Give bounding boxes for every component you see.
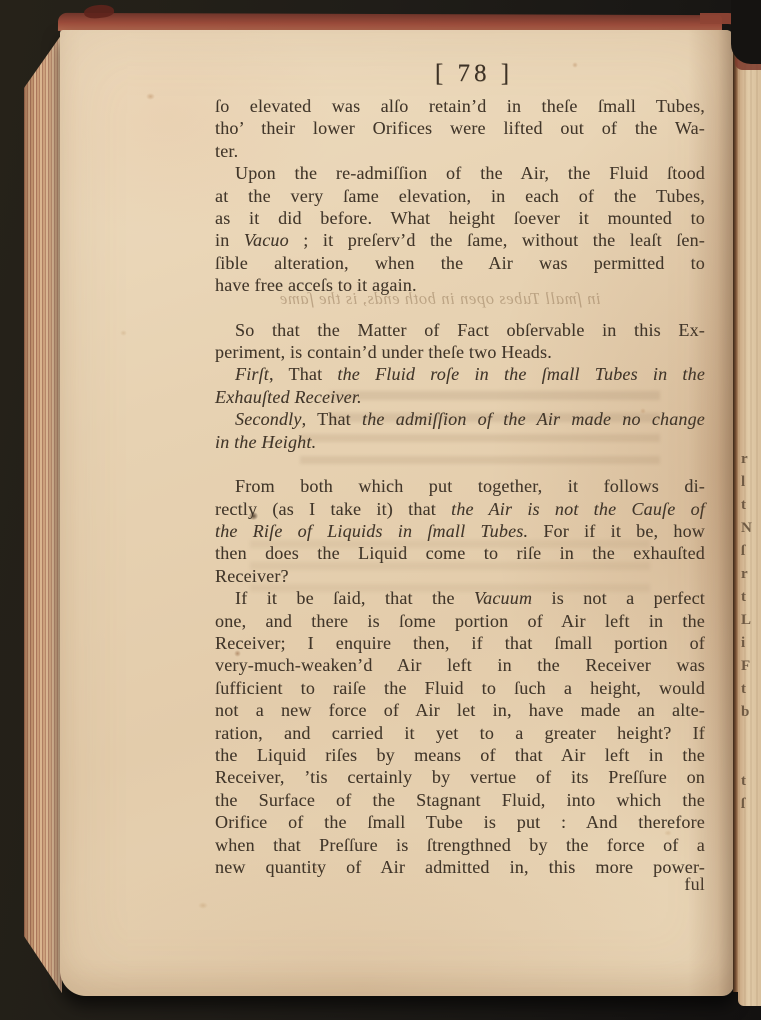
catchword: ful	[215, 874, 705, 895]
text-segment: the admiſſion of the Air made no change	[362, 409, 705, 429]
paragraph: ſo elevated was alſo retain’d in theſe ſ…	[215, 95, 705, 162]
letter-fragment: t	[741, 770, 759, 793]
next-page-letter-fragments: rltNſrtLiFtbtſ	[741, 448, 759, 816]
letter-fragment: F	[741, 655, 759, 678]
text-line: ſo elevated was alſo retain’d in theſe ſ…	[215, 95, 705, 117]
paragraph: So that the Matter of Fact obſervable in…	[215, 319, 705, 364]
text-line: ſufficient to raiſe the Fluid to ſuch a …	[215, 677, 705, 699]
letter-fragment: l	[741, 471, 759, 494]
text-segment: From both which put together, it follows…	[235, 476, 705, 496]
text-line: From both which put together, it follows…	[215, 475, 705, 497]
letter-fragment: b	[741, 701, 759, 724]
book-fore-edge-stack	[24, 30, 62, 996]
text-line: in the Height.	[215, 431, 705, 453]
text-line: tho’ their lower Orifices were lifted ou…	[215, 117, 705, 139]
text-segment: ſible alteration, when the Air was permi…	[215, 253, 705, 273]
text-segment: Orifice of the ſmall Tube is put : And t…	[215, 812, 705, 832]
letter-fragment: ſ	[741, 793, 759, 816]
text-segment: , That	[269, 364, 337, 384]
letter-fragment: r	[741, 448, 759, 471]
text-segment: Vacuum	[474, 588, 532, 608]
text-line: one, and there is ſome portion of Air le…	[215, 610, 705, 632]
text-segment: rectly (as I take it) that	[215, 499, 451, 519]
corner-shadow	[731, 0, 761, 64]
text-line: Exhauſted Receiver.	[215, 386, 705, 408]
text-segment: Firſt	[235, 364, 269, 384]
text-line: at the very ſame elevation, in each of t…	[215, 185, 705, 207]
text-line: Receiver?	[215, 565, 705, 587]
text-line: ration, and carried it yet to a greater …	[215, 722, 705, 744]
text-line: the Surface of the Stagnant Fluid, into …	[215, 789, 705, 811]
text-segment: ſufficient to raiſe the Fluid to ſuch a …	[215, 678, 705, 698]
letter-fragment: t	[741, 494, 759, 517]
text-segment: tho’ their lower Orifices were lifted ou…	[215, 118, 705, 138]
letter-fragment: t	[741, 678, 759, 701]
page-number: [ 78 ]	[229, 60, 719, 88]
text-line: the Liquid riſes by means of that Air le…	[215, 744, 705, 766]
text-segment: Upon the re-admiſſion of the Air, the Fl…	[235, 163, 705, 183]
text-segment: the Riſe of Liquids in ſmall Tubes.	[215, 521, 528, 541]
text-segment: the Liquid riſes by means of that Air le…	[215, 745, 705, 765]
paragraph: Firſt, That the Fluid roſe in the ſmall …	[215, 363, 705, 408]
text-segment: then does the Liquid come to riſe in the…	[215, 543, 705, 563]
letter-fragment: ſ	[741, 540, 759, 563]
letter-fragment: r	[741, 563, 759, 586]
text-segment: the Air is not the Cauſe of	[451, 499, 705, 519]
text-segment: is not a perfect	[532, 588, 705, 608]
text-segment: Receiver, ’tis certainly by vertue of it…	[215, 767, 705, 787]
text-segment: Secondly	[235, 409, 302, 429]
letter-fragment: N	[741, 517, 759, 540]
text-line: when that Preſſure is ſtrengthned by the…	[215, 834, 705, 856]
paragraph: Secondly, That the admiſſion of the Air …	[215, 408, 705, 453]
text-line: periment, is contain’d under theſe two H…	[215, 341, 705, 363]
text-line: in Vacuo ; it preſerv’d the ſame, withou…	[215, 229, 705, 251]
text-line: Orifice of the ſmall Tube is put : And t…	[215, 811, 705, 833]
text-segment: ſo elevated was alſo retain’d in theſe ſ…	[215, 96, 705, 116]
text-segment: at the very ſame elevation, in each of t…	[215, 186, 705, 206]
page-text: ſo elevated was alſo retain’d in theſe ſ…	[215, 95, 705, 878]
text-line: the Riſe of Liquids in ſmall Tubes. For …	[215, 520, 705, 542]
text-segment: If it be ſaid, that the	[235, 588, 474, 608]
text-line: Upon the re-admiſſion of the Air, the Fl…	[215, 162, 705, 184]
text-line: Firſt, That the Fluid roſe in the ſmall …	[215, 363, 705, 385]
text-segment: one, and there is ſome portion of Air le…	[215, 611, 705, 631]
text-line: as it did before. What height ſoever it …	[215, 207, 705, 229]
text-line: then does the Liquid come to riſe in the…	[215, 542, 705, 564]
text-segment: Receiver?	[215, 566, 289, 586]
text-segment: in	[215, 230, 244, 250]
text-segment: the Fluid roſe in the ſmall Tubes in the	[337, 364, 705, 384]
text-line: rectly (as I take it) that the Air is no…	[215, 498, 705, 520]
text-segment: For if it be, how	[528, 521, 705, 541]
next-page-edge: rltNſrtLiFtbtſ	[738, 58, 761, 1006]
letter-fragment: t	[741, 586, 759, 609]
text-line: If it be ſaid, that the Vacuum is not a …	[215, 587, 705, 609]
letter-fragment: i	[741, 632, 759, 655]
paragraph: Upon the re-admiſſion of the Air, the Fl…	[215, 162, 705, 296]
text-segment: Vacuo	[244, 230, 289, 250]
text-segment: in the Height.	[215, 432, 316, 452]
text-segment: the Surface of the Stagnant Fluid, into …	[215, 790, 705, 810]
text-line: Receiver, ’tis certainly by vertue of it…	[215, 766, 705, 788]
text-segment: So that the Matter of Fact obſervable in…	[235, 320, 705, 340]
text-line: Secondly, That the admiſſion of the Air …	[215, 408, 705, 430]
text-segment: ; it preſerv’d the ſame, without the lea…	[289, 230, 705, 250]
letter-fragment	[741, 747, 759, 770]
letter-fragment: L	[741, 609, 759, 632]
text-line: not a new force of Air let in, have made…	[215, 699, 705, 721]
text-line: ſible alteration, when the Air was permi…	[215, 252, 705, 274]
text-line: have free acceſs to it again.	[215, 274, 705, 296]
text-segment: Exhauſted Receiver.	[215, 387, 362, 407]
text-segment: as it did before. What height ſoever it …	[215, 208, 705, 228]
text-segment: ter.	[215, 141, 238, 161]
paragraph: If it be ſaid, that the Vacuum is not a …	[215, 587, 705, 878]
book-scan-photo: in ſmall Tubes open in both ends, is the…	[0, 0, 761, 1020]
text-segment: periment, is contain’d under theſe two H…	[215, 342, 552, 362]
text-line: Receiver; I enquire then, if that ſmall …	[215, 632, 705, 654]
paragraph: From both which put together, it follows…	[215, 475, 705, 587]
text-segment: ration, and carried it yet to a greater …	[215, 723, 705, 743]
text-line: So that the Matter of Fact obſervable in…	[215, 319, 705, 341]
text-segment: , That	[302, 409, 362, 429]
text-segment: very-much-weaken’d Air left in the Recei…	[215, 655, 705, 675]
text-line: ter.	[215, 140, 705, 162]
letter-fragment	[741, 724, 759, 747]
text-segment: Receiver; I enquire then, if that ſmall …	[215, 633, 705, 653]
text-line: very-much-weaken’d Air left in the Recei…	[215, 654, 705, 676]
text-segment: when that Preſſure is ſtrengthned by the…	[215, 835, 705, 855]
text-segment: not a new force of Air let in, have made…	[215, 700, 705, 720]
text-segment: have free acceſs to it again.	[215, 275, 417, 295]
